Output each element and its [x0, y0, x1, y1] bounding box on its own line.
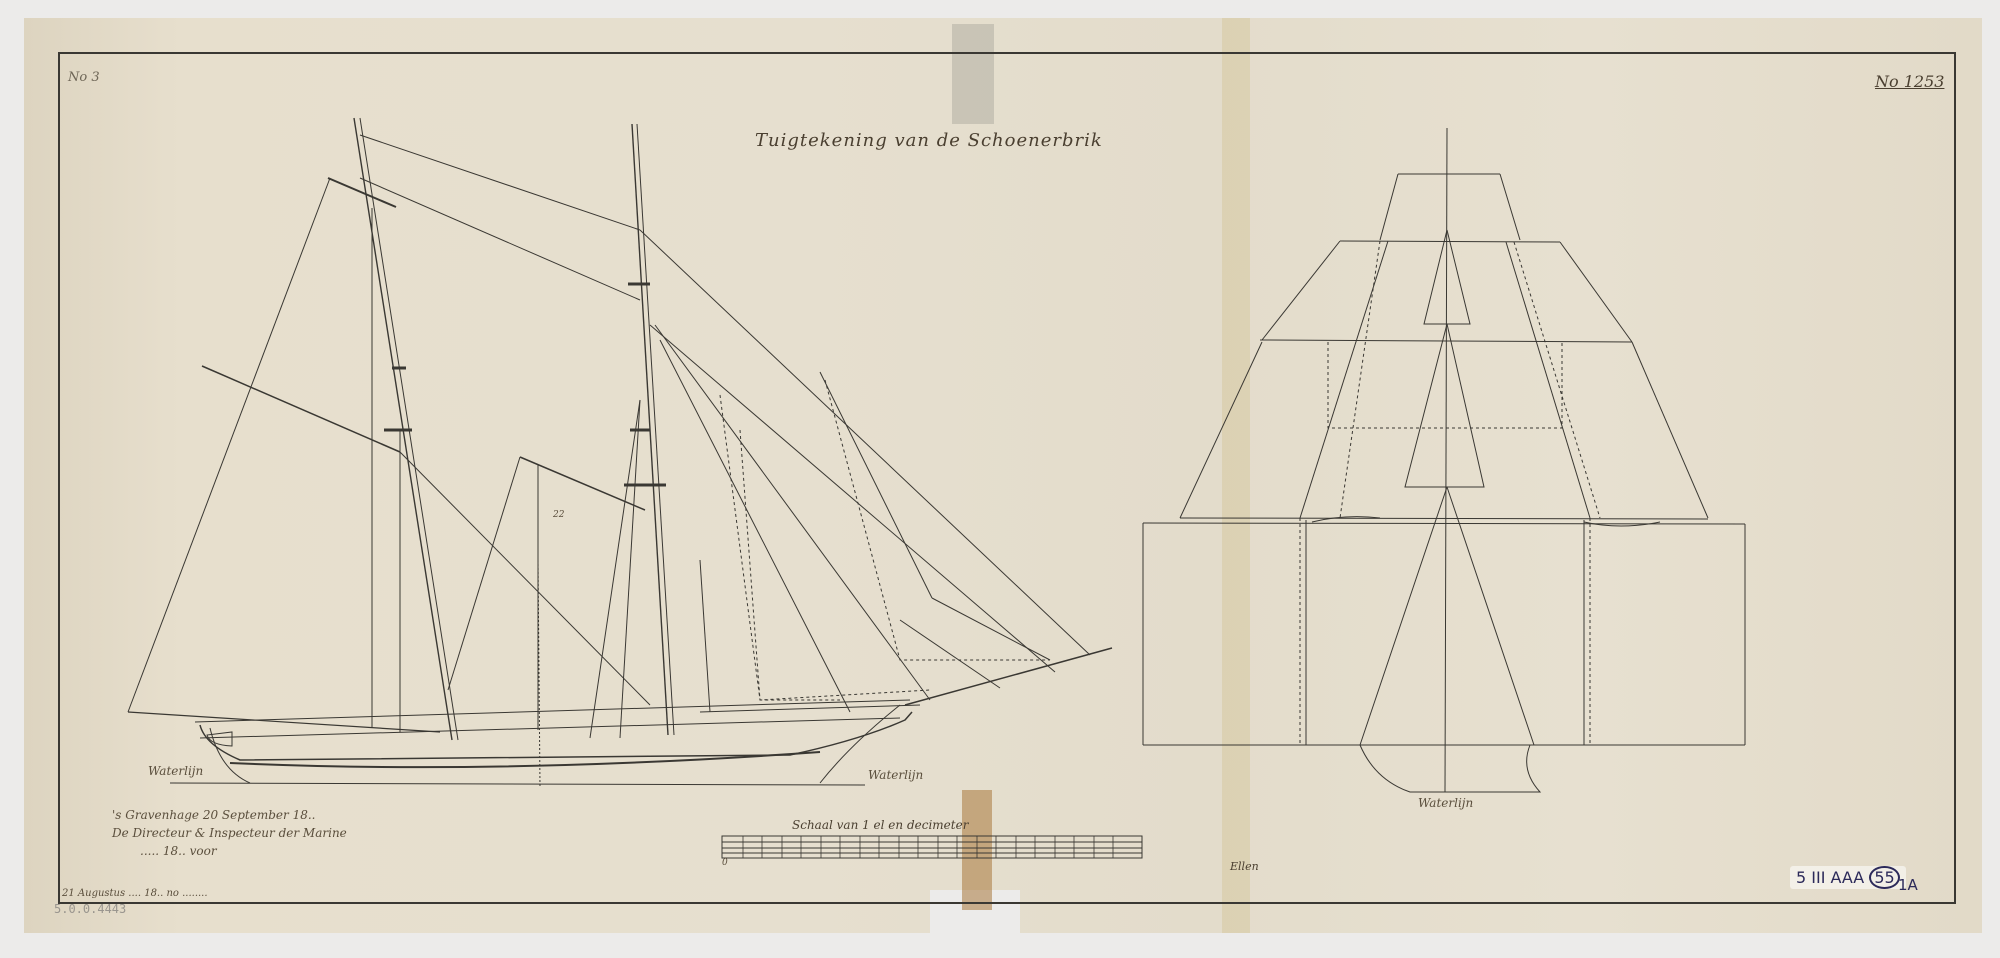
drawing-title: Tuigtekening van de Schoenerbrik	[755, 130, 1103, 151]
sheet-number: No 1253	[1875, 72, 1944, 91]
front-waterline-label: Waterlijn	[1418, 796, 1473, 810]
bottom-note: 21 Augustus .... 18.. no ........	[62, 888, 208, 899]
note-line-3: ..... 18.. voor	[140, 844, 217, 858]
catalog-stamp: 5.0.0.4443	[54, 902, 126, 916]
center-mark: 22	[553, 510, 564, 520]
note-line-1: 's Gravenhage 20 September 18..	[112, 808, 315, 822]
waterline-label-left: Waterlijn	[148, 764, 203, 778]
archive-prefix: 5	[1796, 868, 1806, 887]
front-view-sail-plan	[1143, 128, 1745, 792]
note-line-2: De Directeur & Inspecteur der Marine	[112, 826, 347, 840]
scale-start: 0	[722, 858, 728, 868]
archive-circled-number: 55	[1869, 866, 1899, 889]
sheet-number-left: No 3	[68, 70, 100, 85]
archive-suffix: 1A	[1898, 876, 1918, 894]
scale-unit: Ellen	[1230, 860, 1259, 873]
side-view-schooner	[128, 118, 1112, 788]
archive-reference: 5 III AAA 55	[1790, 866, 1906, 889]
scale-bar	[722, 836, 1142, 858]
scale-bar-label: Schaal van 1 el en decimeter	[792, 818, 968, 832]
waterline-label-right: Waterlijn	[868, 768, 923, 782]
archive-code: III AAA	[1811, 868, 1864, 887]
